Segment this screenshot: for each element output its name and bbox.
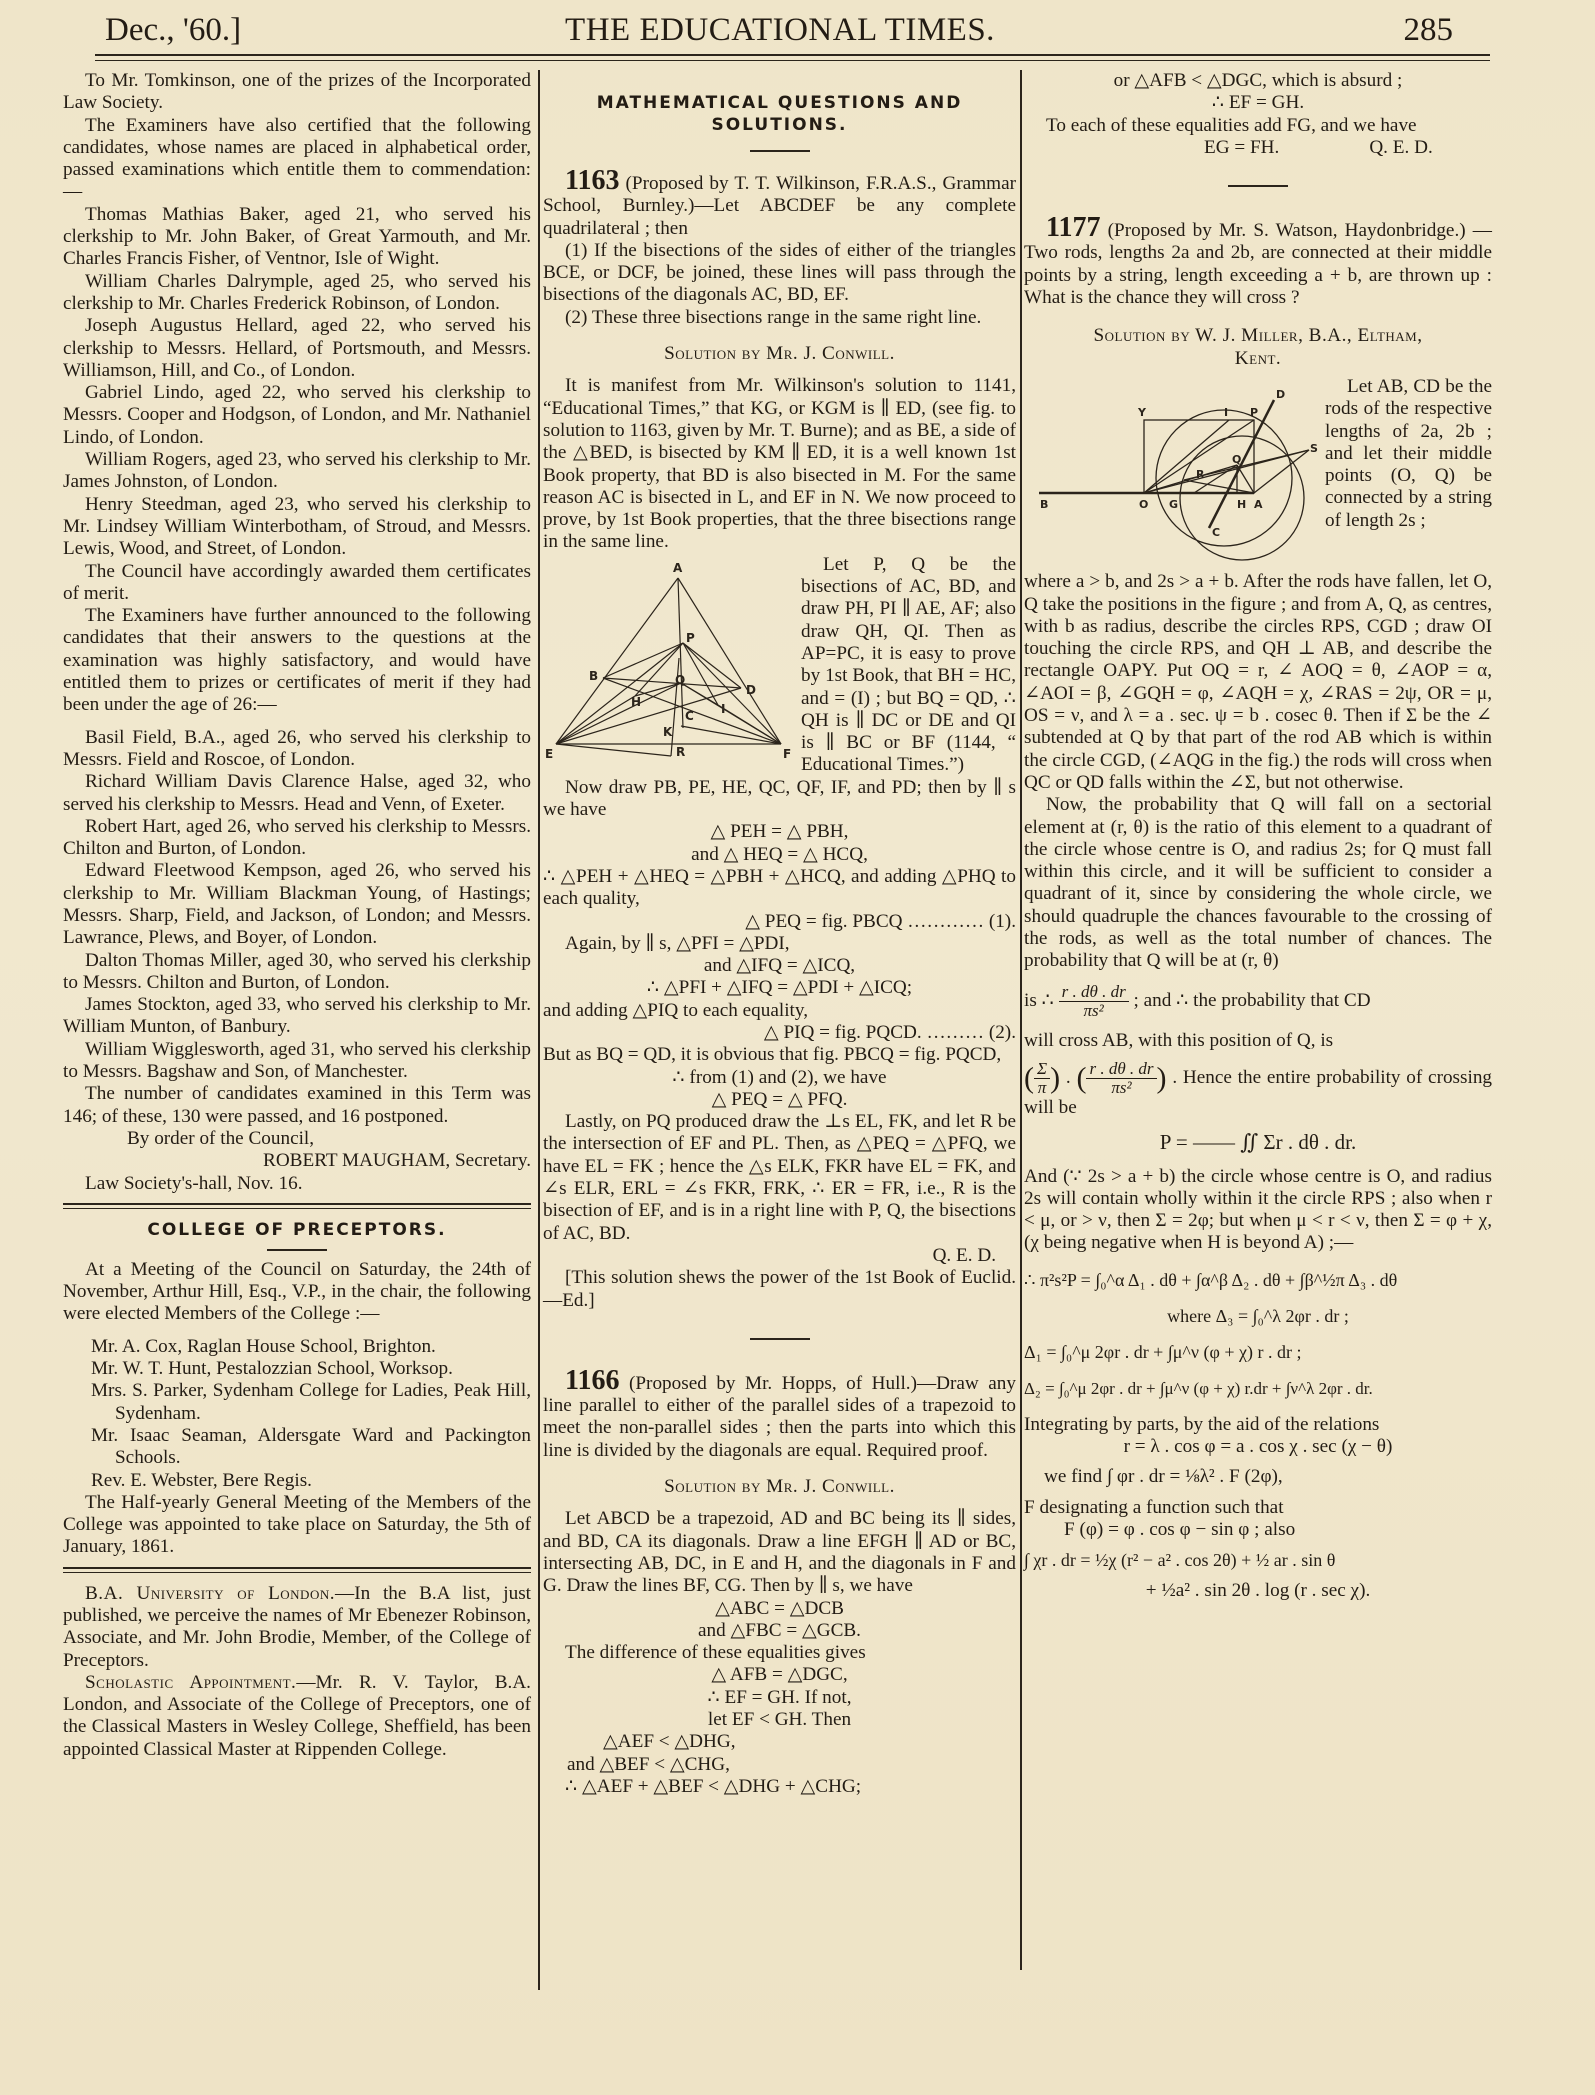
equation: EG = FH. — [1204, 137, 1279, 158]
svg-text:A: A — [1254, 498, 1263, 511]
equation-delta3: where Δ₃ = ∫₀^λ 2φr . dr ; — [1024, 1305, 1492, 1327]
paragraph: Let ABCD be a trapezoid, AD and BC being… — [543, 1508, 1016, 1597]
paragraph: And (∵ 2s > a + b) the circle whose cent… — [1024, 1166, 1492, 1255]
equation: or △AFB < △DGC, which is absurd ; — [1024, 70, 1492, 92]
header-rule — [95, 54, 1490, 61]
section-heading: COLLEGE OF PRECEPTORS. — [63, 1219, 531, 1241]
equation: ∴ EF = GH. If not, — [543, 1687, 1016, 1709]
section-rule — [63, 1567, 531, 1573]
paragraph: F designating a function such that — [1024, 1497, 1492, 1519]
svg-text:C: C — [1212, 526, 1220, 539]
list-item: Edward Fleetwood Kempson, aged 26, who s… — [63, 860, 531, 949]
svg-text:K: K — [663, 725, 673, 739]
paragraph: To Mr. Tomkinson, one of the prizes of t… — [63, 70, 531, 115]
solution-byline: Solution by W. J. Miller, B.A., Eltham, — [1024, 325, 1492, 347]
equation: △ PEH = △ PBH, — [543, 821, 1016, 843]
equation: + ½a² . sin 2θ . log (r . sec χ). — [1024, 1580, 1492, 1602]
equation-delta1: Δ₁ = ∫₀^μ 2φr . dr + ∫μ^ν (φ + χ) r . dr… — [1024, 1341, 1492, 1363]
newspaper-page: Dec., '60.] THE EDUCATIONAL TIMES. 285 T… — [0, 0, 1595, 2095]
list-item: Gabriel Lindo, aged 22, who served his c… — [63, 382, 531, 449]
paragraph: will cross AB, with this position of Q, … — [1024, 1030, 1492, 1052]
list-item: William Charles Dalrymple, aged 25, who … — [63, 271, 531, 316]
equation: r = λ . cos φ = a . cos χ . sec (χ − θ) — [1024, 1436, 1492, 1458]
paragraph: It is manifest from Mr. Wilkinson's solu… — [543, 375, 1016, 553]
list-item: James Stockton, aged 33, who served his … — [63, 994, 531, 1039]
svg-text:D: D — [746, 683, 756, 697]
equation: and △FBC = △GCB. — [543, 1620, 1016, 1642]
equation: F (φ) = φ . cos φ − sin φ ; also — [1024, 1519, 1492, 1541]
place-date: Law Society's-hall, Nov. 16. — [63, 1173, 531, 1195]
question-part: (2) These three bisections range in the … — [543, 307, 1016, 329]
member-item: Mr. W. T. Hunt, Pestalozzian School, Wor… — [63, 1358, 531, 1380]
paragraph: ∴ △PEH + △HEQ = △PBH + △HCQ, and adding … — [543, 866, 1016, 911]
paragraph: Now draw PB, PE, HE, QC, QF, IF, and PD;… — [543, 777, 1016, 822]
qed: Q. E. D. — [1369, 137, 1432, 158]
by-order: By order of the Council, — [63, 1128, 531, 1150]
notice-ba: B.A. University of London.—In the B.A li… — [63, 1583, 531, 1672]
svg-text:R: R — [1196, 468, 1205, 481]
question-number: 1166 — [565, 1365, 619, 1396]
editor-note: [This solution shews the power of the 1s… — [543, 1267, 1016, 1312]
paragraph: Now, the probability that Q will fall on… — [1024, 794, 1492, 972]
svg-text:P: P — [1250, 406, 1258, 419]
column-left: To Mr. Tomkinson, one of the prizes of t… — [63, 70, 531, 1761]
solution-byline: Kent. — [1024, 348, 1492, 370]
svg-text:E: E — [545, 747, 553, 758]
fraction: Σπ — [1034, 1060, 1050, 1097]
paragraph: where a > b, and 2s > a + b. After the r… — [1024, 571, 1492, 794]
list-item: Thomas Mathias Baker, aged 21, who serve… — [63, 204, 531, 271]
svg-text:A: A — [673, 561, 683, 575]
svg-text:I: I — [721, 702, 725, 716]
list-item: Robert Hart, aged 26, who served his cle… — [63, 816, 531, 861]
equation: and △IFQ = △ICQ, — [543, 955, 1016, 977]
solution-byline: Solution by Mr. J. Conwill. — [543, 1476, 1016, 1498]
svg-text:H: H — [1237, 498, 1246, 511]
paragraph: The difference of these equalities gives — [543, 1642, 1016, 1664]
equation: ∴ △AEF + △BEF < △DHG + △CHG; — [543, 1776, 1016, 1798]
svg-text:D: D — [1276, 388, 1285, 401]
column-middle: MATHEMATICAL QUESTIONS AND SOLUTIONS. 11… — [543, 70, 1016, 1798]
svg-text:Q: Q — [1232, 453, 1241, 466]
notice-label: B.A. University of London. — [85, 1583, 335, 1604]
member-item: Mr. Isaac Seaman, Aldersgate Ward and Pa… — [63, 1425, 531, 1470]
equation: ∴ EF = GH. — [1024, 92, 1492, 114]
list-item: Henry Steedman, aged 23, who served his … — [63, 494, 531, 561]
geometry-figure-quadrilateral: A P B Q D H I C K E R F — [543, 558, 793, 764]
svg-text:P: P — [686, 631, 695, 645]
question-number: 1177 — [1046, 212, 1100, 243]
svg-text:G: G — [1169, 498, 1178, 511]
quadrilateral-diagram: A P B Q D H I C K E R F — [543, 558, 793, 758]
member-item: Mrs. S. Parker, Sydenham College for Lad… — [63, 1380, 531, 1425]
paragraph: The Examiners have also certified that t… — [63, 115, 531, 204]
svg-text:F: F — [783, 747, 791, 758]
member-item: Rev. E. Webster, Bere Regis. — [63, 1470, 531, 1492]
equation-delta2: Δ₂ = ∫₀^μ 2φr . dr + ∫μ^ν (φ + χ) r.dr +… — [1024, 1378, 1492, 1400]
short-rule — [1228, 185, 1288, 187]
svg-text:O: O — [1139, 498, 1148, 511]
equation: △ABC = △DCB — [543, 1598, 1016, 1620]
svg-text:H: H — [631, 695, 641, 709]
question-part: (1) If the bisections of the sides of ei… — [543, 240, 1016, 307]
equation: △ PEQ = △ PFQ. — [543, 1089, 1016, 1111]
column-divider — [1020, 70, 1022, 1970]
list-item: Richard William Davis Clarence Halse, ag… — [63, 771, 531, 816]
equation: △AEF < △DHG, — [543, 1731, 1016, 1753]
svg-text:Y: Y — [1137, 406, 1147, 419]
paragraph: Again, by ∥ s, △PFI = △PDI, — [543, 933, 1016, 955]
solution-byline: Solution by Mr. J. Conwill. — [543, 343, 1016, 365]
equation: and △BEF < △CHG, — [543, 1754, 1016, 1776]
geometry-figure-rods: Y I P D S Q R B O G H A C — [1024, 378, 1319, 569]
list-item: Joseph Augustus Hellard, aged 22, who se… — [63, 315, 531, 382]
equation: we find ∫ φr . dr = ⅛λ² . F (2φ), — [1024, 1466, 1492, 1488]
short-rule — [750, 150, 810, 152]
notice-label: Scholastic Appointment. — [85, 1672, 296, 1693]
signatory: ROBERT MAUGHAM, Secretary. — [63, 1150, 531, 1172]
svg-text:R: R — [676, 745, 685, 758]
paragraph: Integrating by parts, by the aid of the … — [1024, 1414, 1492, 1436]
svg-text:I: I — [1224, 406, 1228, 419]
svg-text:B: B — [1040, 498, 1048, 511]
text: ; and ∴ the probability that CD — [1134, 990, 1371, 1011]
paragraph: and adding △PIQ to each equality, — [543, 1000, 1016, 1022]
equation: and △ HEQ = △ HCQ, — [543, 844, 1016, 866]
list-item: William Wigglesworth, aged 31, who serve… — [63, 1039, 531, 1084]
masthead-title: THE EDUCATIONAL TIMES. — [95, 12, 1465, 49]
paragraph: But as BQ = QD, it is obvious that fig. … — [543, 1044, 1016, 1066]
equation: ∴ △PFI + △IFQ = △PDI + △ICQ; — [543, 977, 1016, 999]
section-rule — [63, 1203, 531, 1209]
fraction: r . dθ . drπs² — [1086, 1060, 1156, 1097]
svg-text:Q: Q — [675, 673, 685, 687]
equation-main: ∴ π²s²P = ∫₀^α Δ₁ . dθ + ∫α^β Δ₂ . dθ + … — [1024, 1269, 1492, 1291]
paragraph: Lastly, on PQ produced draw the ⊥s EL, F… — [543, 1111, 1016, 1245]
equation: △ PEQ = fig. PBCQ ………… (1). — [543, 911, 1016, 933]
fraction: r . dθ . drπs² — [1059, 983, 1129, 1020]
list-item: William Rogers, aged 23, who served his … — [63, 449, 531, 494]
question-number: 1163 — [565, 165, 619, 196]
column-divider — [538, 70, 540, 1990]
paragraph: To each of these equalities add FG, and … — [1024, 115, 1492, 137]
equation: ∴ from (1) and (2), we have — [543, 1067, 1016, 1089]
column-right: or △AFB < △DGC, which is absurd ; ∴ EF =… — [1024, 70, 1492, 1602]
short-rule — [750, 1338, 810, 1340]
short-rule — [267, 1249, 327, 1251]
qed: Q. E. D. — [543, 1245, 1016, 1267]
page-header: Dec., '60.] THE EDUCATIONAL TIMES. 285 — [95, 8, 1465, 54]
svg-text:S: S — [1310, 442, 1318, 455]
equation: △ PIQ = fig. PQCD. ……… (2). — [543, 1022, 1016, 1044]
member-item: Mr. A. Cox, Raglan House School, Brighto… — [63, 1336, 531, 1358]
paragraph: The Half-yearly General Meeting of the M… — [63, 1492, 531, 1559]
page-number: 285 — [1404, 12, 1454, 49]
list-item: Dalton Thomas Miller, aged 30, who serve… — [63, 950, 531, 995]
paragraph: The number of candidates examined in thi… — [63, 1083, 531, 1128]
paragraph: The Examiners have further announced to … — [63, 605, 531, 716]
equation: ∫ χr . dr = ½χ (r² − a² . cos 2θ) + ½ ar… — [1024, 1549, 1492, 1571]
svg-text:B: B — [589, 669, 598, 683]
rods-circle-diagram: Y I P D S Q R B O G H A C — [1024, 378, 1319, 563]
text: is ∴ — [1024, 990, 1054, 1011]
list-item: Basil Field, B.A., aged 26, who served h… — [63, 727, 531, 772]
equation: let EF < GH. Then — [543, 1709, 1016, 1731]
equation-probability: P = —— ∬ Σr . dθ . dr. — [1024, 1131, 1492, 1153]
paragraph: At a Meeting of the Council on Saturday,… — [63, 1259, 531, 1326]
section-heading: MATHEMATICAL QUESTIONS AND SOLUTIONS. — [543, 92, 1016, 136]
equation: △ AFB = △DGC, — [543, 1664, 1016, 1686]
notice-appointment: Scholastic Appointment.—Mr. R. V. Taylor… — [63, 1672, 531, 1761]
paragraph: The Council have accordingly awarded the… — [63, 561, 531, 606]
svg-text:C: C — [685, 709, 694, 723]
